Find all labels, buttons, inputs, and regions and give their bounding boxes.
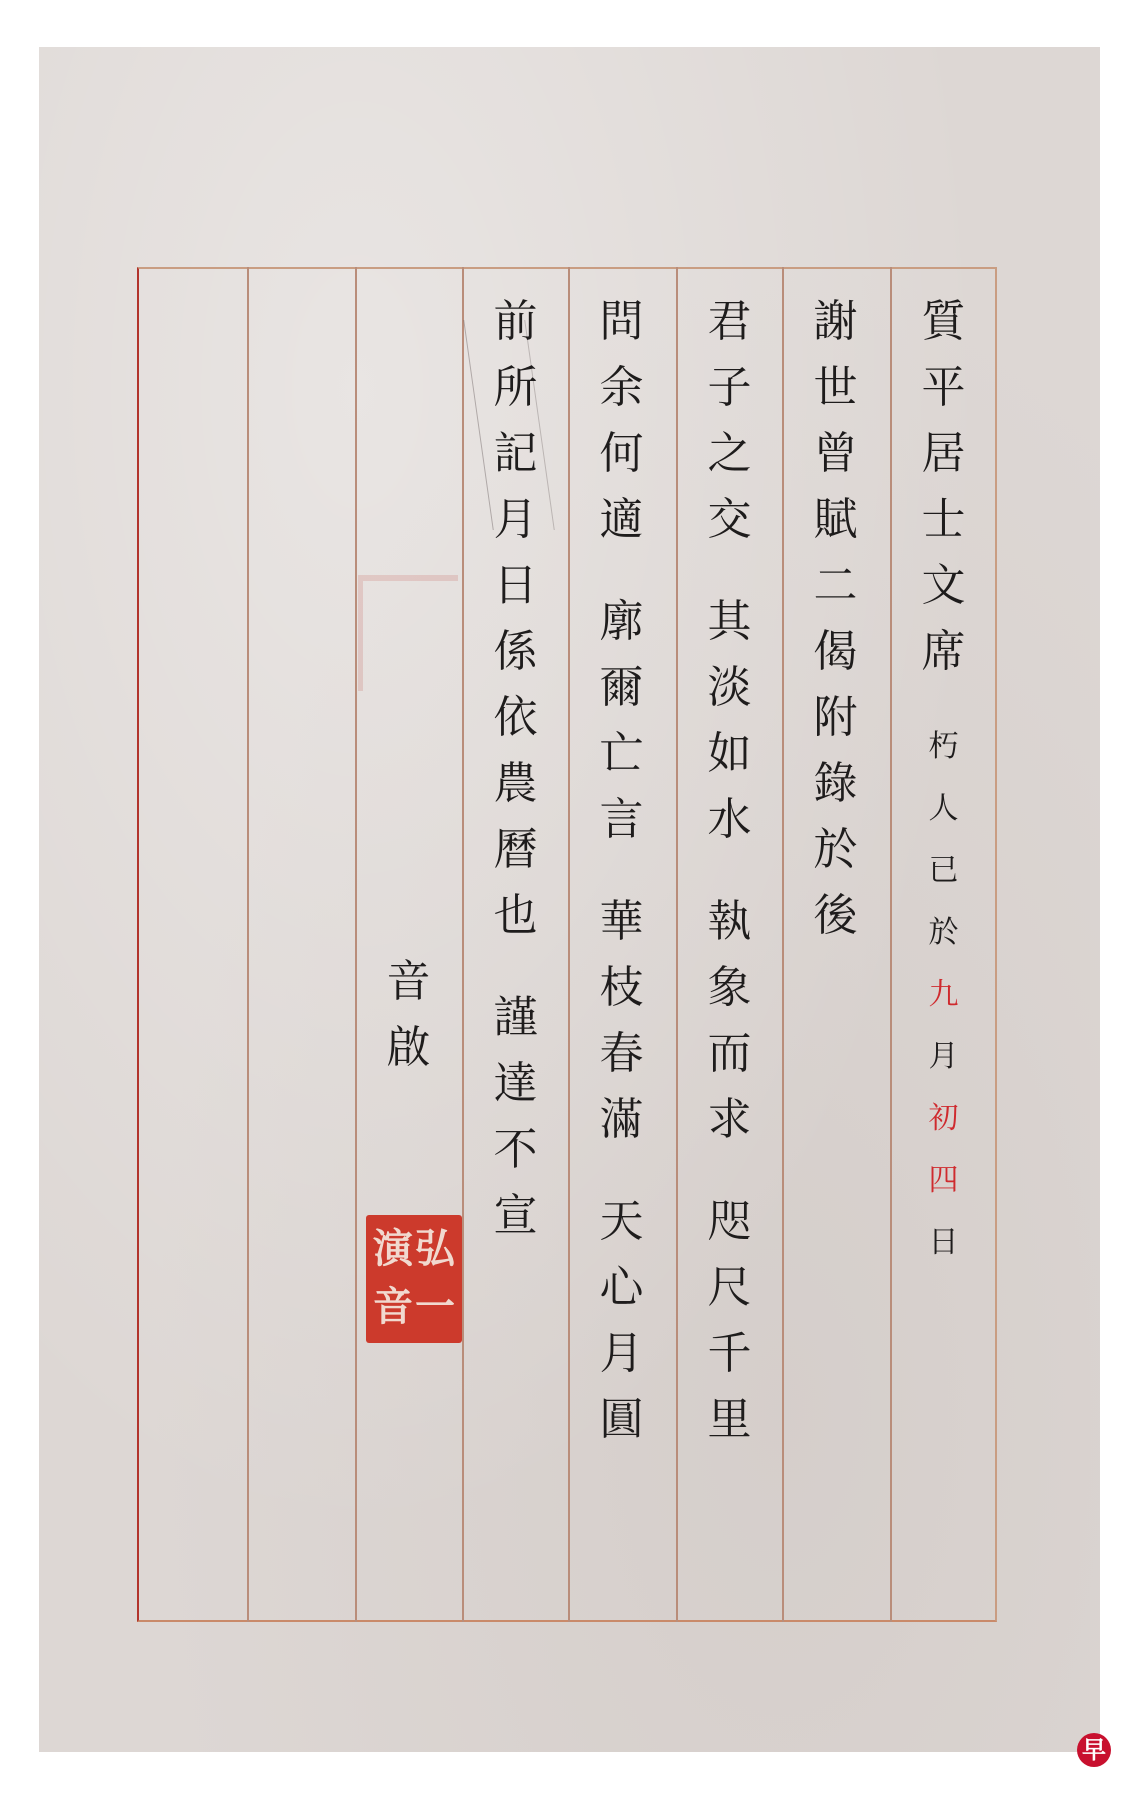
- calligraphy-char: 春: [600, 1032, 644, 1098]
- calligraphy-char: 子: [708, 366, 752, 432]
- text-column-1: 質平居士文席朽人已於九月初四日: [890, 300, 997, 1290]
- calligraphy-char: 人: [929, 794, 959, 856]
- seal-char: 弘: [414, 1221, 456, 1279]
- calligraphy-char: 廓: [600, 600, 644, 666]
- calligraphy-char: 質: [922, 300, 966, 366]
- calligraphy-char: 其: [708, 600, 752, 666]
- faded-seal-offset: [358, 575, 458, 691]
- calligraphy-char: 記: [494, 432, 538, 498]
- calligraphy-char: 宣: [494, 1194, 538, 1260]
- calligraphy-char: 啟: [387, 1026, 431, 1092]
- calligraphy-char: 適: [600, 498, 644, 564]
- calligraphy-char: 里: [708, 1398, 752, 1464]
- calligraphy-char: 九: [929, 980, 959, 1042]
- calligraphy-char: 前: [494, 300, 538, 366]
- calligraphy-char: 後: [814, 894, 858, 960]
- calligraphy-char: 音: [387, 960, 431, 1026]
- text-column-2: 謝世曾賦二偈附錄於後: [782, 300, 889, 960]
- calligraphy-char: 圓: [600, 1398, 644, 1464]
- calligraphy-char: 尺: [708, 1266, 752, 1332]
- calligraphy-char: 言: [600, 798, 644, 864]
- calligraphy-char: 如: [708, 732, 752, 798]
- calligraphy-char: 君: [708, 300, 752, 366]
- text-column-4: 問余何適廓爾亡言華枝春滿天心月圓: [568, 300, 675, 1464]
- calligraphy-char: 亡: [600, 732, 644, 798]
- calligraphy-char: 偈: [814, 630, 858, 696]
- calligraphy-char: 謹: [494, 996, 538, 1062]
- calligraphy-char: 錄: [814, 762, 858, 828]
- seal-char: 一: [414, 1279, 456, 1337]
- calligraphy-char: 所: [494, 366, 538, 432]
- calligraphy-char: 四: [929, 1166, 959, 1228]
- calligraphy-char: 華: [600, 900, 644, 966]
- calligraphy-char: 已: [929, 856, 959, 918]
- calligraphy-char: 賦: [814, 498, 858, 564]
- calligraphy-char: 之: [708, 432, 752, 498]
- calligraphy-char: 二: [814, 564, 858, 630]
- publisher-logo-icon: 早: [1077, 1733, 1111, 1767]
- calligraphy-char: 問: [600, 300, 644, 366]
- calligraphy-char: 依: [494, 696, 538, 762]
- calligraphy-char: 於: [929, 918, 959, 980]
- calligraphy-char: 達: [494, 1062, 538, 1128]
- calligraphy-char: 係: [494, 630, 538, 696]
- calligraphy-char: 曆: [494, 828, 538, 894]
- calligraphy-char: 天: [600, 1200, 644, 1266]
- calligraphy-char: 月: [929, 1042, 959, 1104]
- seal-char: 音: [372, 1279, 414, 1337]
- calligraphy-char: 求: [708, 1098, 752, 1164]
- column-divider: [247, 267, 249, 1622]
- calligraphy-char: 象: [708, 966, 752, 1032]
- text-column-3: 君子之交其淡如水執象而求咫尺千里: [676, 300, 783, 1464]
- calligraphy-char: 謝: [814, 300, 858, 366]
- signature-column: 音啟: [355, 960, 462, 1092]
- calligraphy-char: 曾: [814, 432, 858, 498]
- calligraphy-char: 心: [600, 1266, 644, 1332]
- calligraphy-char: 士: [922, 498, 966, 564]
- calligraphy-char: 月: [600, 1332, 644, 1398]
- calligraphy-char: 執: [708, 900, 752, 966]
- calligraphy-char: 淡: [708, 666, 752, 732]
- calligraphy-char: 交: [708, 498, 752, 564]
- red-seal: 演 弘 音 一: [366, 1215, 462, 1343]
- calligraphy-char: 席: [922, 630, 966, 696]
- calligraphy-char: 於: [814, 828, 858, 894]
- calligraphy-char: 朽: [929, 732, 959, 794]
- calligraphy-char: 而: [708, 1032, 752, 1098]
- calligraphy-char: 咫: [708, 1200, 752, 1266]
- column-divider: [355, 267, 357, 1622]
- calligraphy-char: 月: [494, 498, 538, 564]
- calligraphy-char: 千: [708, 1332, 752, 1398]
- calligraphy-char: 枝: [600, 966, 644, 1032]
- calligraphy-char: 滿: [600, 1098, 644, 1164]
- calligraphy-char: 日: [494, 564, 538, 630]
- calligraphy-char: 文: [922, 564, 966, 630]
- calligraphy-char: 水: [708, 798, 752, 864]
- calligraphy-char: 余: [600, 366, 644, 432]
- seal-char: 演: [372, 1221, 414, 1279]
- calligraphy-char: 初: [929, 1104, 959, 1166]
- calligraphy-char: 也: [494, 894, 538, 960]
- calligraphy-char: 農: [494, 762, 538, 828]
- calligraphy-char: 日: [929, 1228, 959, 1290]
- calligraphy-char: 何: [600, 432, 644, 498]
- calligraphy-char: 平: [922, 366, 966, 432]
- calligraphy-char: 不: [494, 1128, 538, 1194]
- calligraphy-char: 爾: [600, 666, 644, 732]
- calligraphy-char: 世: [814, 366, 858, 432]
- calligraphy-char: 居: [922, 432, 966, 498]
- calligraphy-char: 附: [814, 696, 858, 762]
- text-column-5: 前所記月日係依農曆也謹達不宣: [462, 300, 569, 1260]
